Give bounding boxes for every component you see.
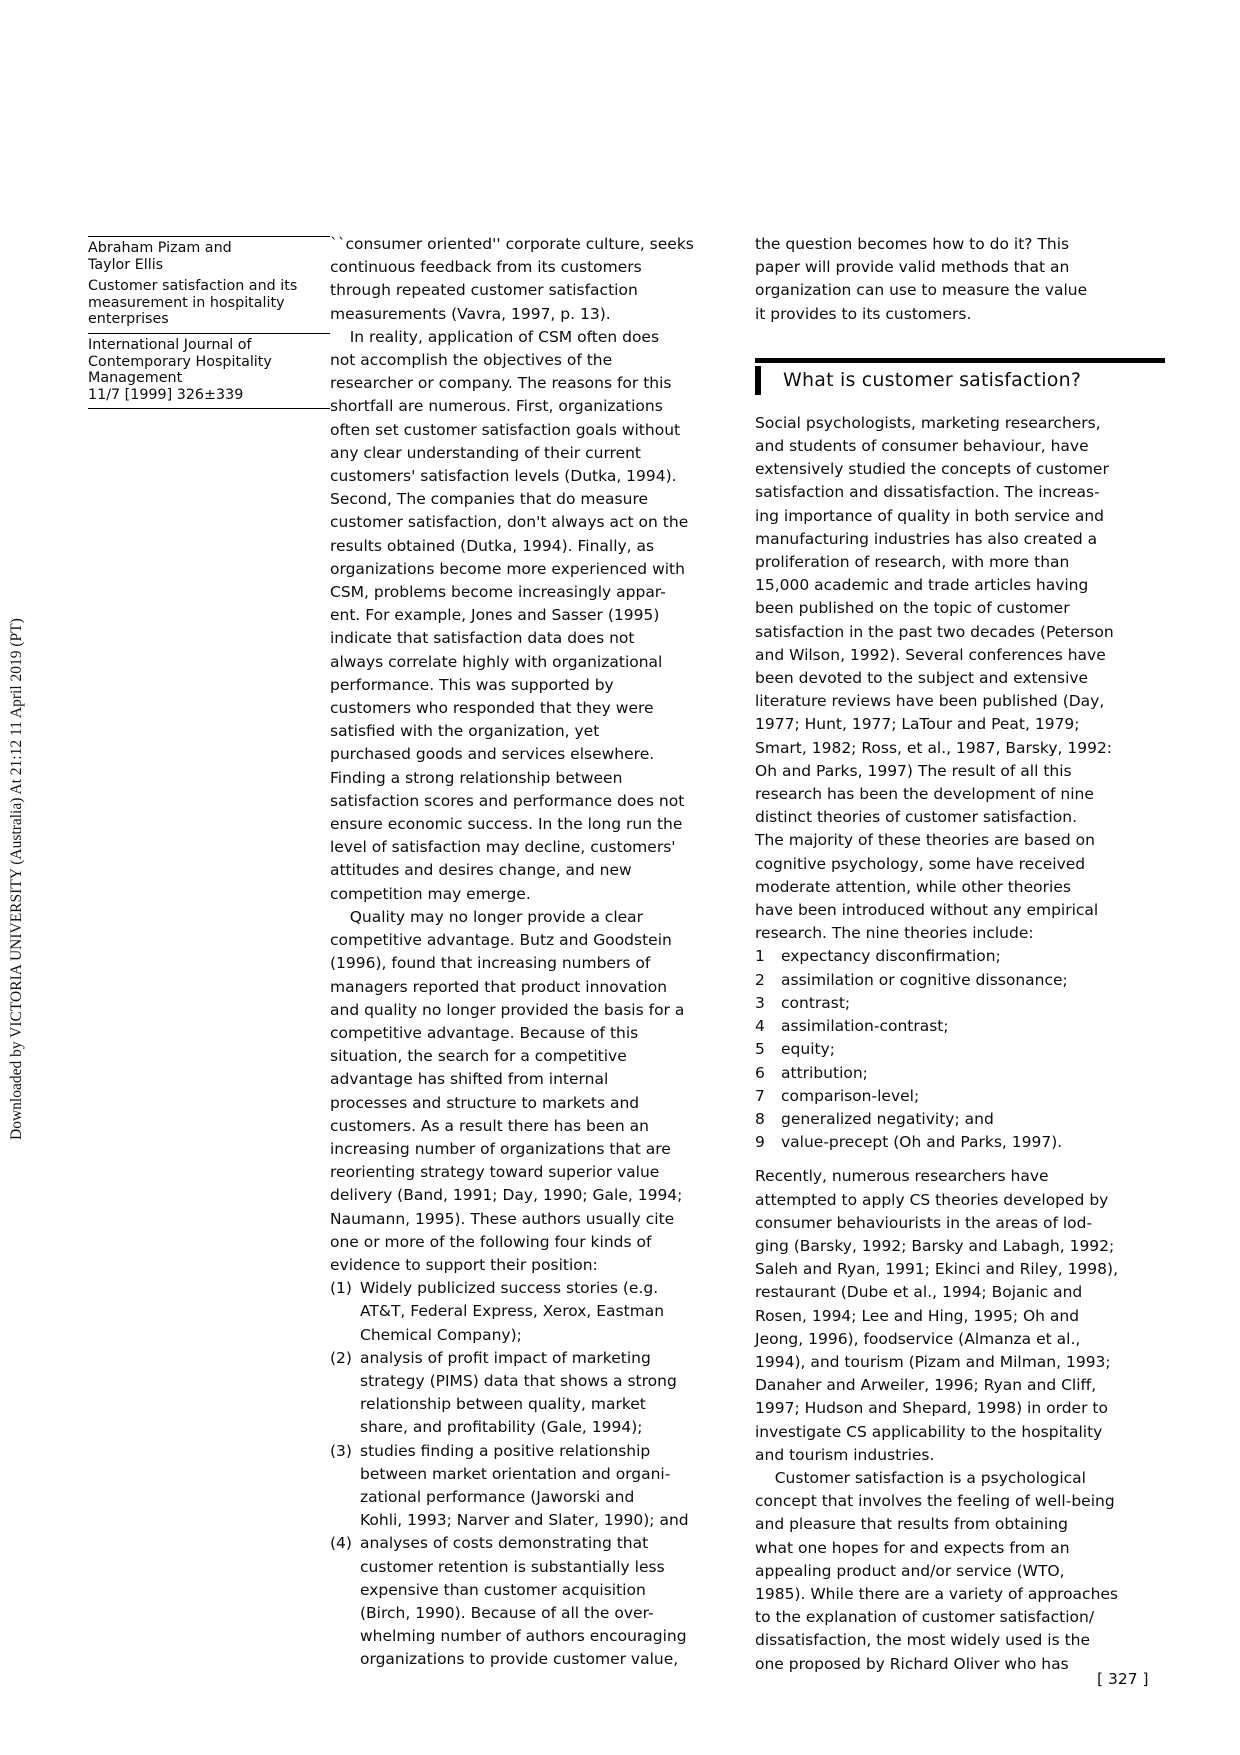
- text-column-left: ``consumer oriented'' corporate culture,…: [330, 233, 752, 1672]
- theory-text: attribution;: [781, 1062, 1165, 1085]
- theory-number: 5: [755, 1038, 781, 1061]
- text-column-right: the question becomes how to do it? This …: [755, 233, 1165, 1676]
- theory-item: 3 contrast;: [755, 992, 1165, 1015]
- download-watermark: Downloaded by VICTORIA UNIVERSITY (Austr…: [8, 550, 26, 1140]
- list-item-text: Widely publicized success stories (e.g. …: [360, 1277, 752, 1347]
- list-item-text: studies finding a positive relationship …: [360, 1440, 752, 1533]
- theory-number: 9: [755, 1131, 781, 1154]
- theory-item: 6 attribution;: [755, 1062, 1165, 1085]
- article-meta-sidebar: Abraham Pizam and Taylor Ellis Customer …: [88, 236, 330, 409]
- theory-number: 3: [755, 992, 781, 1015]
- page-number: [ 327 ]: [1097, 1670, 1149, 1688]
- journal-citation: 11/7 [1999] 326±339: [88, 387, 330, 409]
- theory-item: 2 assimilation or cognitive dissonance;: [755, 969, 1165, 992]
- list-item-number: (2): [330, 1347, 360, 1440]
- closing-paragraph: Recently, numerous researchers have atte…: [755, 1165, 1165, 1675]
- theory-number: 2: [755, 969, 781, 992]
- list-item-text: analysis of profit impact of marketing s…: [360, 1347, 752, 1440]
- body-paragraphs: ``consumer oriented'' corporate culture,…: [330, 233, 752, 1277]
- heading-row: What is customer satisfaction?: [755, 366, 1165, 395]
- theory-number: 4: [755, 1015, 781, 1038]
- theory-text: generalized negativity; and: [781, 1108, 1165, 1131]
- article-title: Customer satisfaction and its measuremen…: [88, 278, 330, 333]
- journal-page: Downloaded by VICTORIA UNIVERSITY (Austr…: [0, 0, 1240, 1755]
- list-item: (2) analysis of profit impact of marketi…: [330, 1347, 752, 1440]
- theory-number: 6: [755, 1062, 781, 1085]
- heading-left-bar: [755, 366, 761, 395]
- journal-name: International Journal of Contemporary Ho…: [88, 334, 330, 387]
- theory-text: value-precept (Oh and Parks, 1997).: [781, 1131, 1165, 1154]
- author-names: Abraham Pizam and Taylor Ellis: [88, 237, 330, 278]
- theory-text: expectancy disconfirmation;: [781, 945, 1165, 968]
- list-item: (3) studies finding a positive relations…: [330, 1440, 752, 1533]
- list-item: (1) Widely publicized success stories (e…: [330, 1277, 752, 1347]
- theory-item: 8 generalized negativity; and: [755, 1108, 1165, 1131]
- theory-number: 8: [755, 1108, 781, 1131]
- theory-item: 9 value-precept (Oh and Parks, 1997).: [755, 1131, 1165, 1154]
- intro-paragraph: the question becomes how to do it? This …: [755, 233, 1165, 326]
- theory-item: 4 assimilation-contrast;: [755, 1015, 1165, 1038]
- theory-text: assimilation-contrast;: [781, 1015, 1165, 1038]
- theory-text: contrast;: [781, 992, 1165, 1015]
- theory-item: 5 equity;: [755, 1038, 1165, 1061]
- heading-top-rule: [755, 358, 1165, 363]
- theory-number: 7: [755, 1085, 781, 1108]
- theory-text: comparison-level;: [781, 1085, 1165, 1108]
- section-heading-block: What is customer satisfaction?: [755, 358, 1165, 395]
- list-item-number: (1): [330, 1277, 360, 1347]
- section-title: What is customer satisfaction?: [783, 366, 1081, 395]
- theory-item: 1 expectancy disconfirmation;: [755, 945, 1165, 968]
- theory-text: assimilation or cognitive dissonance;: [781, 969, 1165, 992]
- theory-number: 1: [755, 945, 781, 968]
- list-item-text: analyses of costs demonstrating that cus…: [360, 1532, 752, 1671]
- theory-item: 7 comparison-level;: [755, 1085, 1165, 1108]
- sidebar-bottom-rule: [88, 408, 330, 409]
- body-paragraph: Social psychologists, marketing research…: [755, 412, 1165, 946]
- list-item-number: (3): [330, 1440, 360, 1533]
- theory-text: equity;: [781, 1038, 1165, 1061]
- list-item: (4) analyses of costs demonstrating that…: [330, 1532, 752, 1671]
- list-item-number: (4): [330, 1532, 360, 1671]
